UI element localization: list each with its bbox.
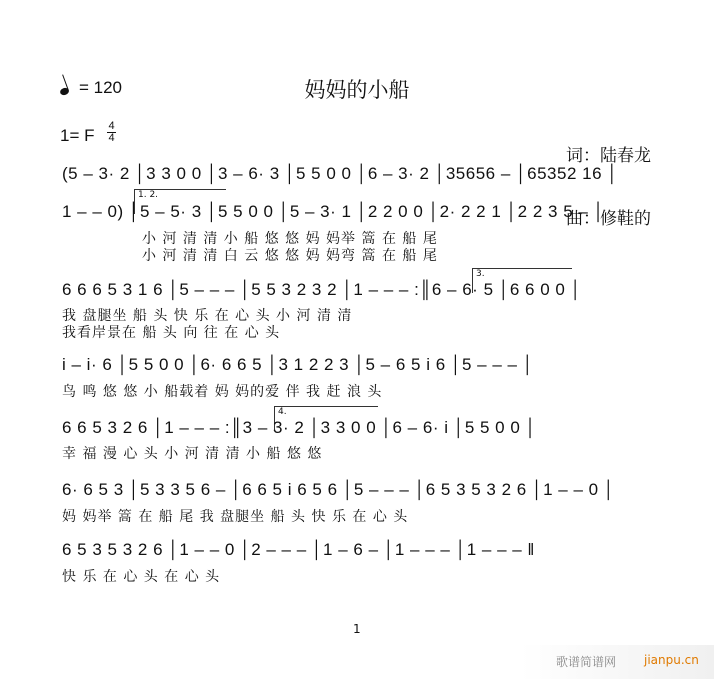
- lyrics-line-7: 快 乐 在 心 头 在 心 头: [62, 566, 220, 586]
- key-signature: 1= F: [60, 126, 95, 146]
- page-number: 1: [353, 622, 361, 636]
- lyrics-line-3-verse-2: 我看岸景在 船 头 向 往 在 心 头: [62, 322, 280, 342]
- lyrics-line-2-verse-2: 小 河 清 清 白 云 悠 悠 妈 妈弯 篙 在 船 尾: [142, 245, 438, 265]
- notation-line-1: (5 – 3· 2 │3 3 0 0 │3 – 6· 3 │5 5 0 0 │6…: [62, 164, 618, 184]
- watermark: 歌谱简谱网 jianpu.cn: [520, 645, 714, 679]
- notation-line-2: 1 – – 0) │5 – 5· 3 │5 5 0 0 │5 – 3· 1 │2…: [62, 202, 605, 222]
- watermark-text: 歌谱简谱网: [556, 653, 616, 670]
- watermark-site: jianpu.cn: [644, 653, 699, 667]
- notation-line-4: i – i· 6 │5 5 0 0 │6· 6 6 5 │3 1 2 2 3 │…: [62, 355, 534, 375]
- notation-line-5: 6 6 5 3 2 6 │1 – – – :║3 – 3· 2 │3 3 0 0…: [62, 418, 537, 438]
- notation-line-7: 6 5 3 5 3 2 6 │1 – – 0 │2 – – – │1 – 6 –…: [62, 540, 535, 560]
- notation-line-6: 6· 6 5 3 │5 3 3 5 6 – │6 6 5 i 6 5 6 │5 …: [62, 480, 615, 500]
- notation-line-3: 6 6 6 5 3 1 6 │5 – – – │5 5 3 2 3 2 │1 –…: [62, 280, 582, 300]
- time-signature: 4 4: [107, 121, 116, 144]
- song-title: 妈妈的小船: [0, 74, 714, 104]
- lyrics-line-5: 幸 福 漫 心 头 小 河 清 清 小 船 悠 悠: [62, 443, 322, 463]
- lyrics-line-4: 鸟 鸣 悠 悠 小 船载着 妈 妈的爱 伴 我 赶 浪 头: [62, 381, 382, 401]
- lyrics-line-6: 妈 妈举 篙 在 船 尾 我 盘腿坐 船 头 快 乐 在 心 头: [62, 506, 408, 526]
